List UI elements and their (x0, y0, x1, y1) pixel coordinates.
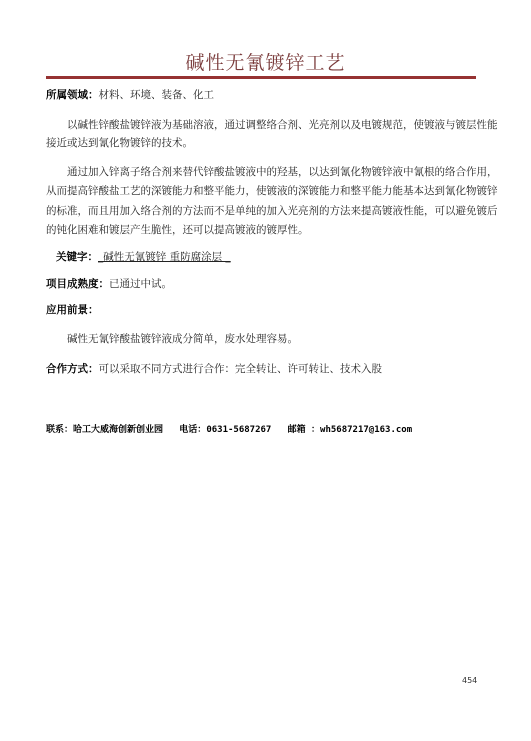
field-row: 所属领域：材料、环境、装备、化工 (46, 89, 476, 102)
prospect-text: 碱性无氰锌酸盐镀锌液成分简单，废水处理容易。 (46, 333, 476, 346)
keywords-row: 关键字：_碱性无氰镀锌 重防腐涂层 _ (56, 251, 486, 264)
phone-label: 电话： (179, 425, 206, 435)
title-divider (46, 76, 476, 79)
contact-label: 联系： (46, 425, 73, 435)
keywords-label: 关键字： (56, 251, 98, 263)
prospect-row: 应用前景： (46, 304, 476, 317)
paragraph2-line2: 从而提高锌酸盐工艺的深镀能力和整平能力，使镀液的深镀能力和整平能力能基本达到氰化… (46, 185, 476, 198)
keywords-value: _碱性无氰镀锌 重防腐涂层 _ (98, 251, 231, 263)
paragraph2-line1: 通过加入锌离子络合剂来替代锌酸盐镀液中的羟基，以达到氰化物镀锌液中氰根的络合作用… (46, 166, 476, 179)
email-value: wh5687217@163.com (320, 425, 412, 435)
cooperation-label: 合作方式： (46, 363, 99, 375)
contact-row: 联系：哈工大威海创新创业园 电话：0631-5687267 邮箱 ：wh5687… (46, 422, 412, 435)
maturity-label: 项目成熟度： (46, 278, 109, 290)
page-title: 碱性无氰镀锌工艺 (0, 48, 531, 75)
paragraph1-line2: 接近或达到氰化物镀锌的技术。 (46, 137, 476, 150)
paragraph2-line3: 的标准，而且用加入络合剂的方法而不是单纯的加入光亮剂的方法来提高镀液性能，可以避… (46, 205, 476, 218)
maturity-row: 项目成熟度：已通过中试。 (46, 278, 476, 291)
email-label: 邮箱 ： (288, 425, 320, 435)
cooperation-row: 合作方式：可以采取不同方式进行合作：完全转让、许可转让、技术入股 (46, 363, 476, 376)
paragraph2-line4: 的钝化困难和镀层产生脆性，还可以提高镀液的镀厚性。 (46, 224, 476, 237)
prospect-label: 应用前景： (46, 304, 99, 316)
document-page: 碱性无氰镀锌工艺 所属领域：材料、环境、装备、化工 以碱性锌酸盐镀锌液为基础溶液… (0, 0, 531, 741)
contact-org: 哈工大威海创新创业园 (73, 425, 163, 435)
field-label: 所属领域： (46, 89, 99, 101)
phone-value: 0631-5687267 (206, 425, 271, 435)
maturity-value: 已通过中试。 (109, 278, 172, 290)
cooperation-value: 可以采取不同方式进行合作：完全转让、许可转让、技术入股 (99, 363, 383, 375)
page-number: 454 (462, 676, 477, 685)
paragraph1-line1: 以碱性锌酸盐镀锌液为基础溶液，通过调整络合剂、光亮剂以及电镀规范，使镀液与镀层性… (46, 119, 476, 132)
field-value: 材料、环境、装备、化工 (99, 89, 215, 101)
